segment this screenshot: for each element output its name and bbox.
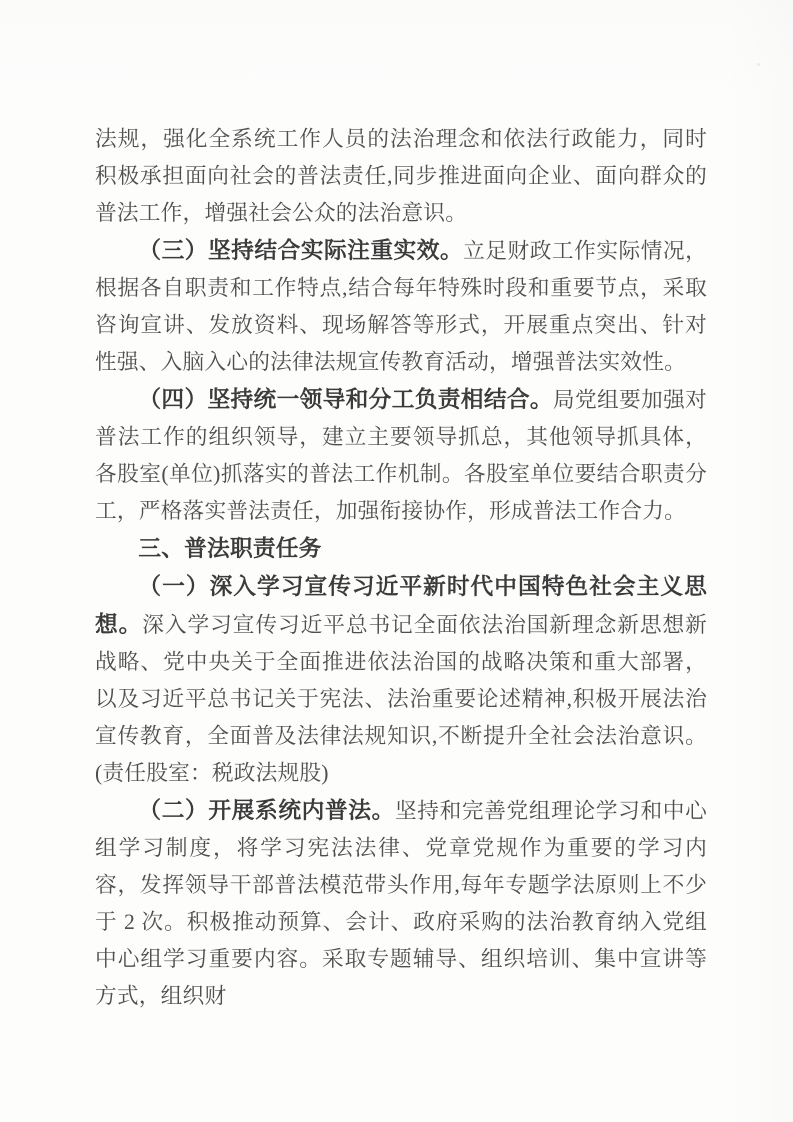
document-body: 法规，强化全系统工作人员的法治理念和依法行政能力，同时积极承担面向社会的普法责任… — [95, 121, 707, 1015]
paragraph-item-3: （三）坚持结合实际注重实效。立足财政工作实际情况，根据各自职责和工作特点,结合每… — [95, 232, 707, 381]
paragraph-text: 深入学习宣传习近平总书记全面依法治国新理念新思想新战略、党中央关于全面推进依法治… — [95, 613, 707, 785]
paragraph-item-1: （一）深入学习宣传习近平新时代中国特色社会主义思想。深入学习宣传习近平总书记全面… — [95, 568, 707, 792]
paragraph-text: 法规，强化全系统工作人员的法治理念和依法行政能力，同时积极承担面向社会的普法责任… — [95, 127, 707, 225]
paragraph-continuation: 法规，强化全系统工作人员的法治理念和依法行政能力，同时积极承担面向社会的普法责任… — [95, 121, 707, 232]
paragraph-lead: （三）坚持结合实际注重实效。 — [138, 238, 463, 263]
paragraph-text: 坚持和完善党组理论学习和中心组学习制度，将学习宪法法律、党章党规作为重要的学习内… — [95, 799, 707, 1008]
paragraph-item-2: （二）开展系统内普法。坚持和完善党组理论学习和中心组学习制度，将学习宪法法律、党… — [95, 792, 707, 1015]
scan-speck — [534, 352, 538, 356]
paragraph-item-4: （四）坚持统一领导和分工负责相结合。局党组要加强对普法工作的组织领导，建立主要领… — [95, 381, 707, 530]
paragraph-lead: （四）坚持统一领导和分工负责相结合。 — [138, 387, 553, 412]
paragraph-lead: （二）开展系统内普法。 — [138, 798, 395, 823]
section-heading: 三、普法职责任务 — [95, 530, 707, 568]
document-page: 法规，强化全系统工作人员的法治理念和依法行政能力，同时积极承担面向社会的普法责任… — [0, 0, 793, 1122]
scan-speck — [757, 63, 760, 66]
section-heading-text: 三、普法职责任务 — [138, 536, 321, 561]
